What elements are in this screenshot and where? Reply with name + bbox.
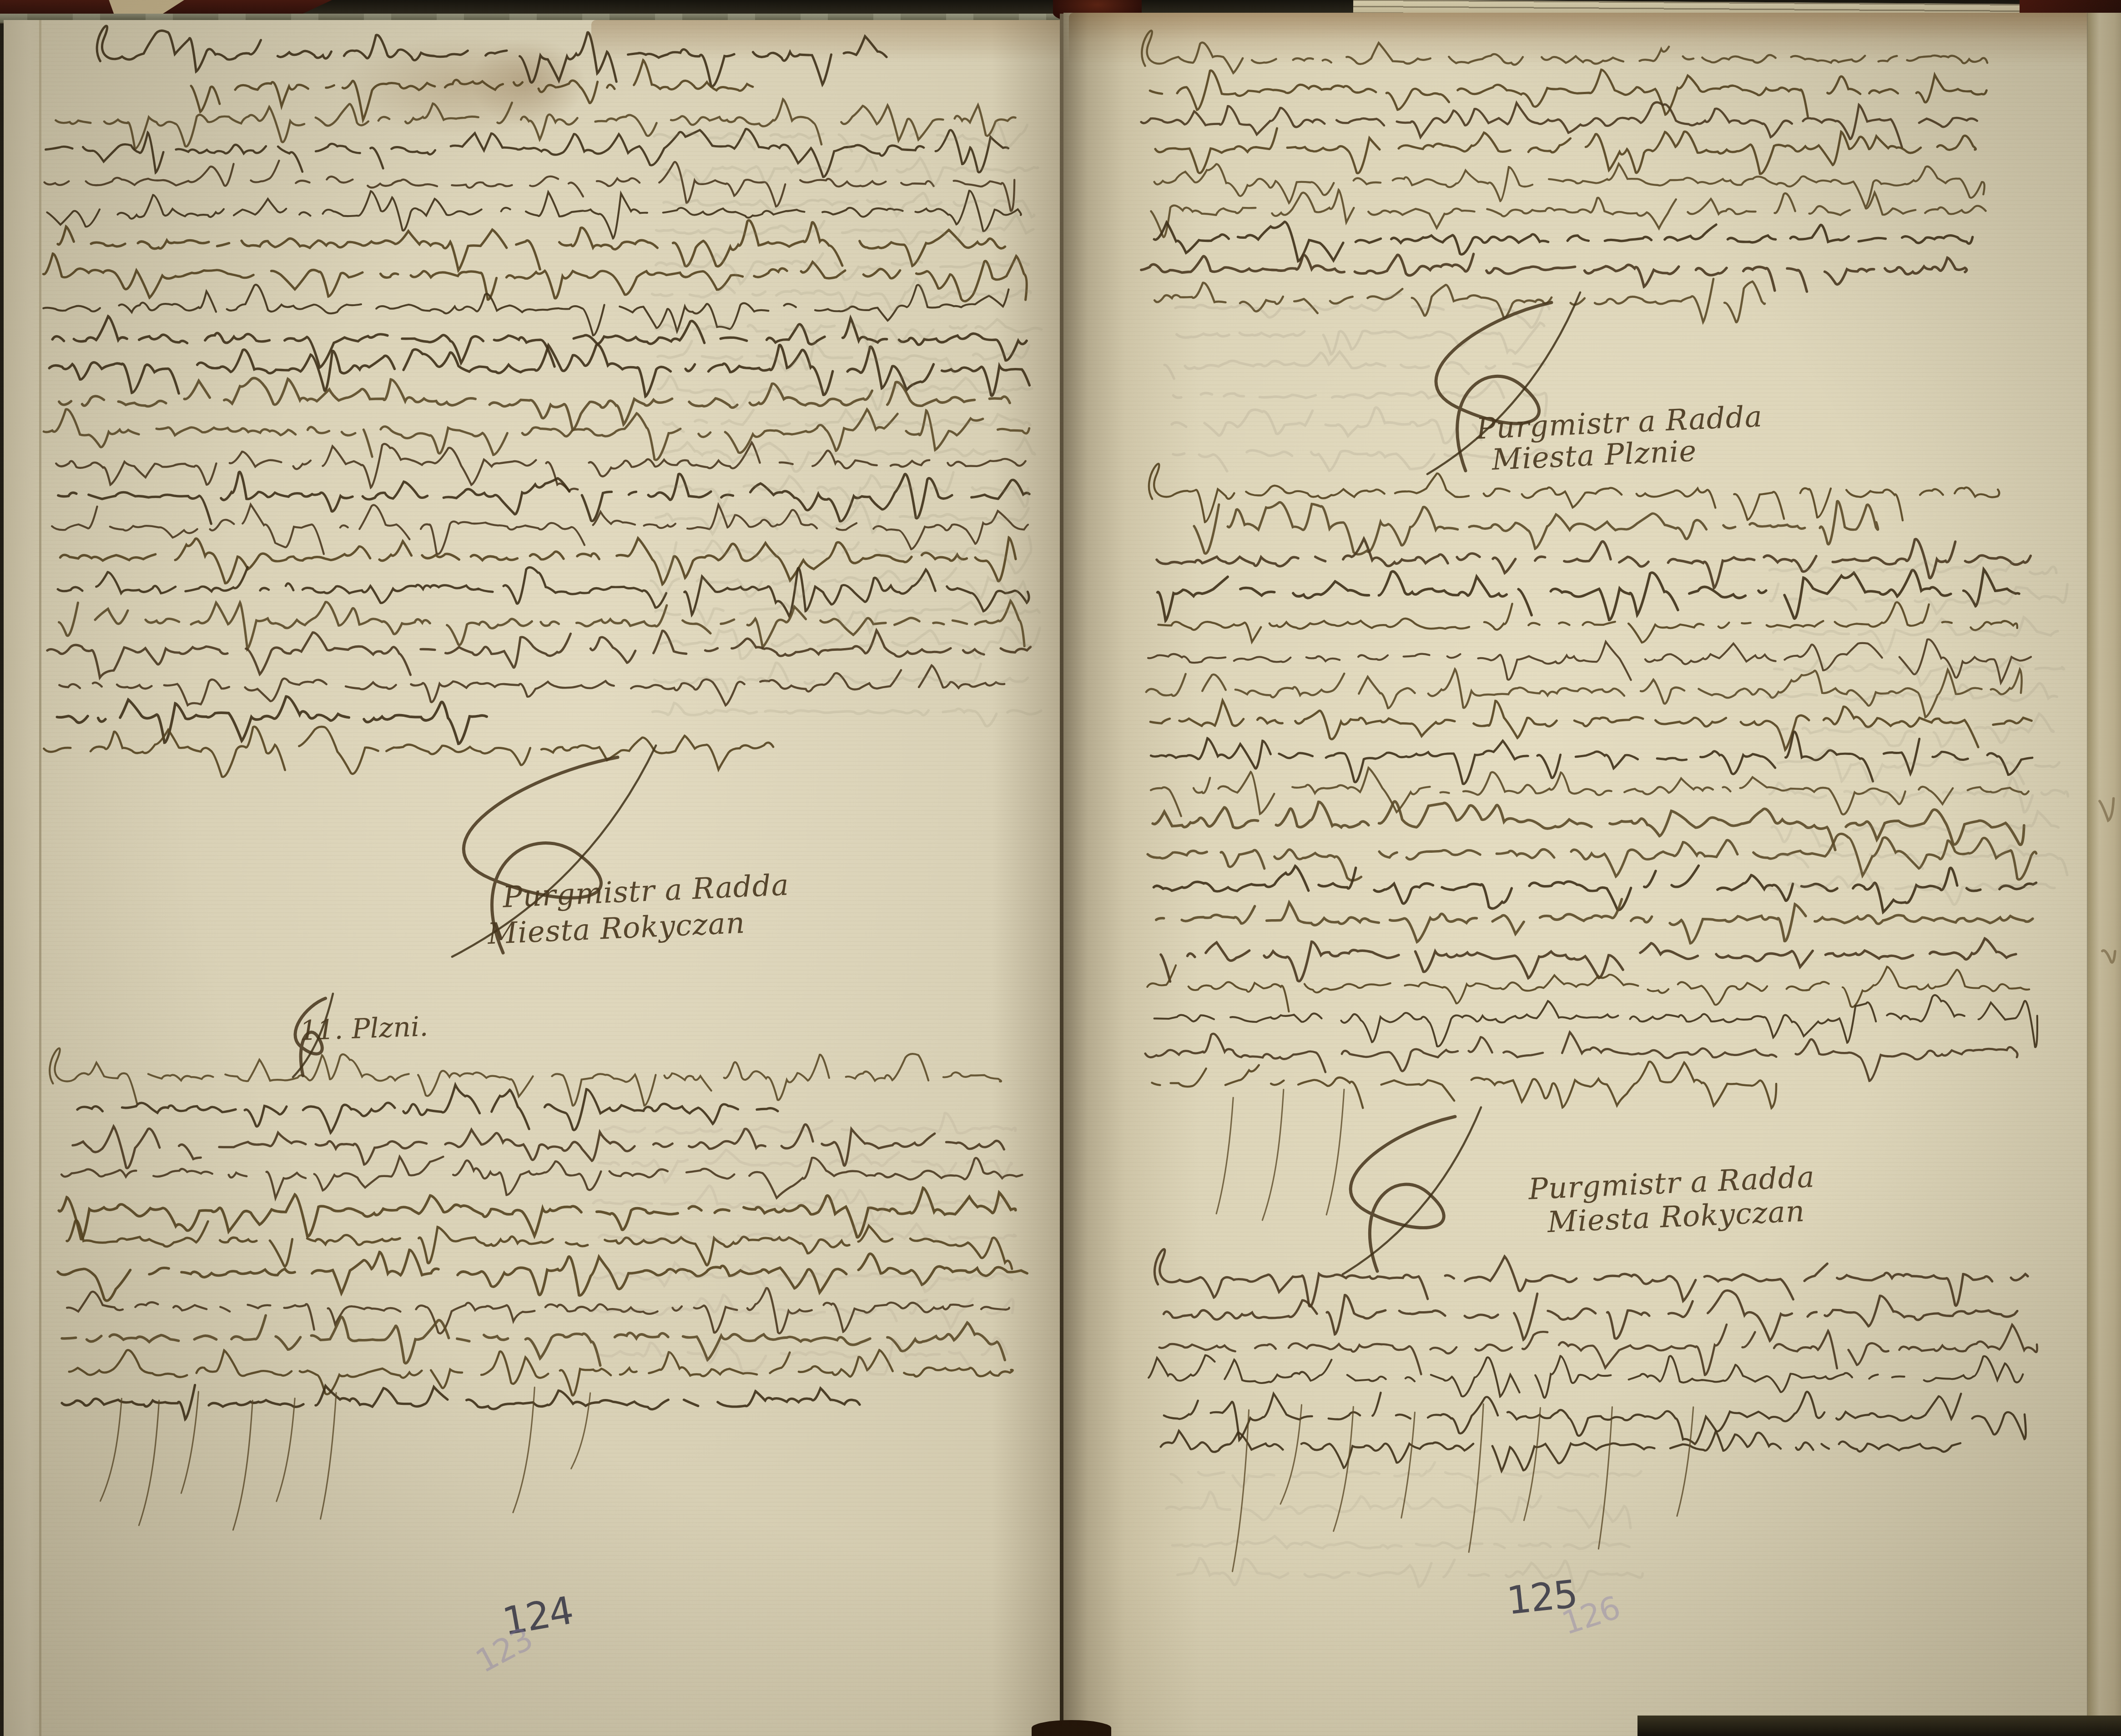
ink-stroke xyxy=(97,26,887,86)
ink-stroke xyxy=(191,60,753,120)
ink-stroke xyxy=(2102,951,2115,962)
ink-stroke xyxy=(1156,899,2033,943)
ink-stroke xyxy=(1154,222,1973,262)
ink-stroke xyxy=(67,1220,1012,1269)
handwriting-ink-layer xyxy=(0,0,2121,1736)
ink-stroke xyxy=(1141,102,1977,147)
ink-stroke xyxy=(77,1085,778,1132)
ink-stroke xyxy=(1151,768,2029,816)
ink-stroke xyxy=(1154,1249,2028,1307)
ink-stroke xyxy=(1173,381,1547,416)
ink-stroke xyxy=(658,341,1029,373)
ink-stroke xyxy=(321,1393,337,1519)
ink-stroke xyxy=(1157,538,2030,588)
ink-stroke xyxy=(1148,639,2031,683)
ink-stroke xyxy=(62,1385,860,1419)
ink-stroke xyxy=(44,727,773,777)
manuscript-spread: Purgmistr a Radda Miesta Rokyczan 11. Pl… xyxy=(0,0,2121,1736)
ink-stroke xyxy=(1159,1324,2037,1375)
ink-stroke xyxy=(594,1263,1012,1292)
ink-stroke xyxy=(45,161,1015,211)
ink-stroke xyxy=(1772,811,2058,848)
ink-stroke xyxy=(1401,1412,1415,1518)
ink-stroke xyxy=(233,1400,252,1530)
ink-stroke xyxy=(59,601,1025,649)
ink-stroke xyxy=(1158,602,2017,643)
ink-stroke xyxy=(1164,1290,2017,1341)
ink-stroke xyxy=(1154,279,1765,322)
left-section-mark: 11. Plzni. xyxy=(299,1011,429,1047)
ink-stroke xyxy=(654,121,1027,151)
ink-stroke xyxy=(1777,845,2067,875)
ink-stroke xyxy=(1350,1117,1455,1271)
ink-stroke xyxy=(1164,1392,2026,1444)
ink-stroke xyxy=(59,378,1010,430)
ink-stroke xyxy=(1172,1536,1629,1549)
ink-stroke xyxy=(1164,352,1544,378)
ink-stroke xyxy=(1141,254,1967,292)
ink-stroke xyxy=(1770,557,2056,574)
ink-stroke xyxy=(43,285,1008,336)
ink-stroke xyxy=(1216,1097,1233,1213)
ink-stroke xyxy=(1150,700,2031,750)
ink-stroke xyxy=(1177,323,1544,355)
ink-stroke xyxy=(47,191,1021,238)
ink-stroke xyxy=(656,214,1033,244)
ink-stroke xyxy=(1194,501,1878,554)
ink-stroke xyxy=(47,630,1031,678)
ink-stroke xyxy=(1161,1431,1960,1471)
ink-stroke xyxy=(1142,30,1987,73)
ink-stroke xyxy=(139,1400,159,1525)
ink-stroke xyxy=(653,703,1041,726)
ink-stroke xyxy=(58,220,1005,270)
ink-stroke xyxy=(277,1399,295,1501)
ink-stroke xyxy=(50,1048,1001,1106)
ink-stroke xyxy=(1154,164,1985,207)
ink-stroke xyxy=(1152,1062,1777,1108)
ink-stroke xyxy=(1147,966,2029,1012)
ink-stroke xyxy=(60,538,1016,584)
ink-stroke xyxy=(2100,799,2114,821)
ink-stroke xyxy=(101,1399,122,1501)
ink-stroke xyxy=(1161,939,2016,982)
ink-stroke xyxy=(1262,1090,1284,1220)
ink-stroke xyxy=(1778,714,2054,747)
ink-stroke xyxy=(57,696,487,744)
ink-stroke xyxy=(513,1387,534,1512)
ink-stroke xyxy=(59,665,1004,705)
ink-stroke xyxy=(1145,1032,2017,1081)
ink-stroke xyxy=(1171,1463,1641,1487)
ink-stroke xyxy=(1153,801,2024,850)
ink-stroke xyxy=(651,568,1027,602)
ink-stroke xyxy=(49,345,1029,397)
ink-stroke xyxy=(1149,1355,2023,1398)
ink-stroke xyxy=(52,504,1028,554)
ink-stroke xyxy=(1166,1492,1631,1528)
ink-stroke xyxy=(1326,1089,1344,1215)
ink-stroke xyxy=(659,473,1028,507)
ink-stroke xyxy=(62,1315,1005,1365)
ink-stroke xyxy=(1598,1407,1612,1549)
ink-stroke xyxy=(1158,569,2019,621)
ink-stroke xyxy=(1151,732,2032,784)
ink-stroke xyxy=(593,1186,1009,1220)
ink-stroke xyxy=(1146,669,2022,717)
